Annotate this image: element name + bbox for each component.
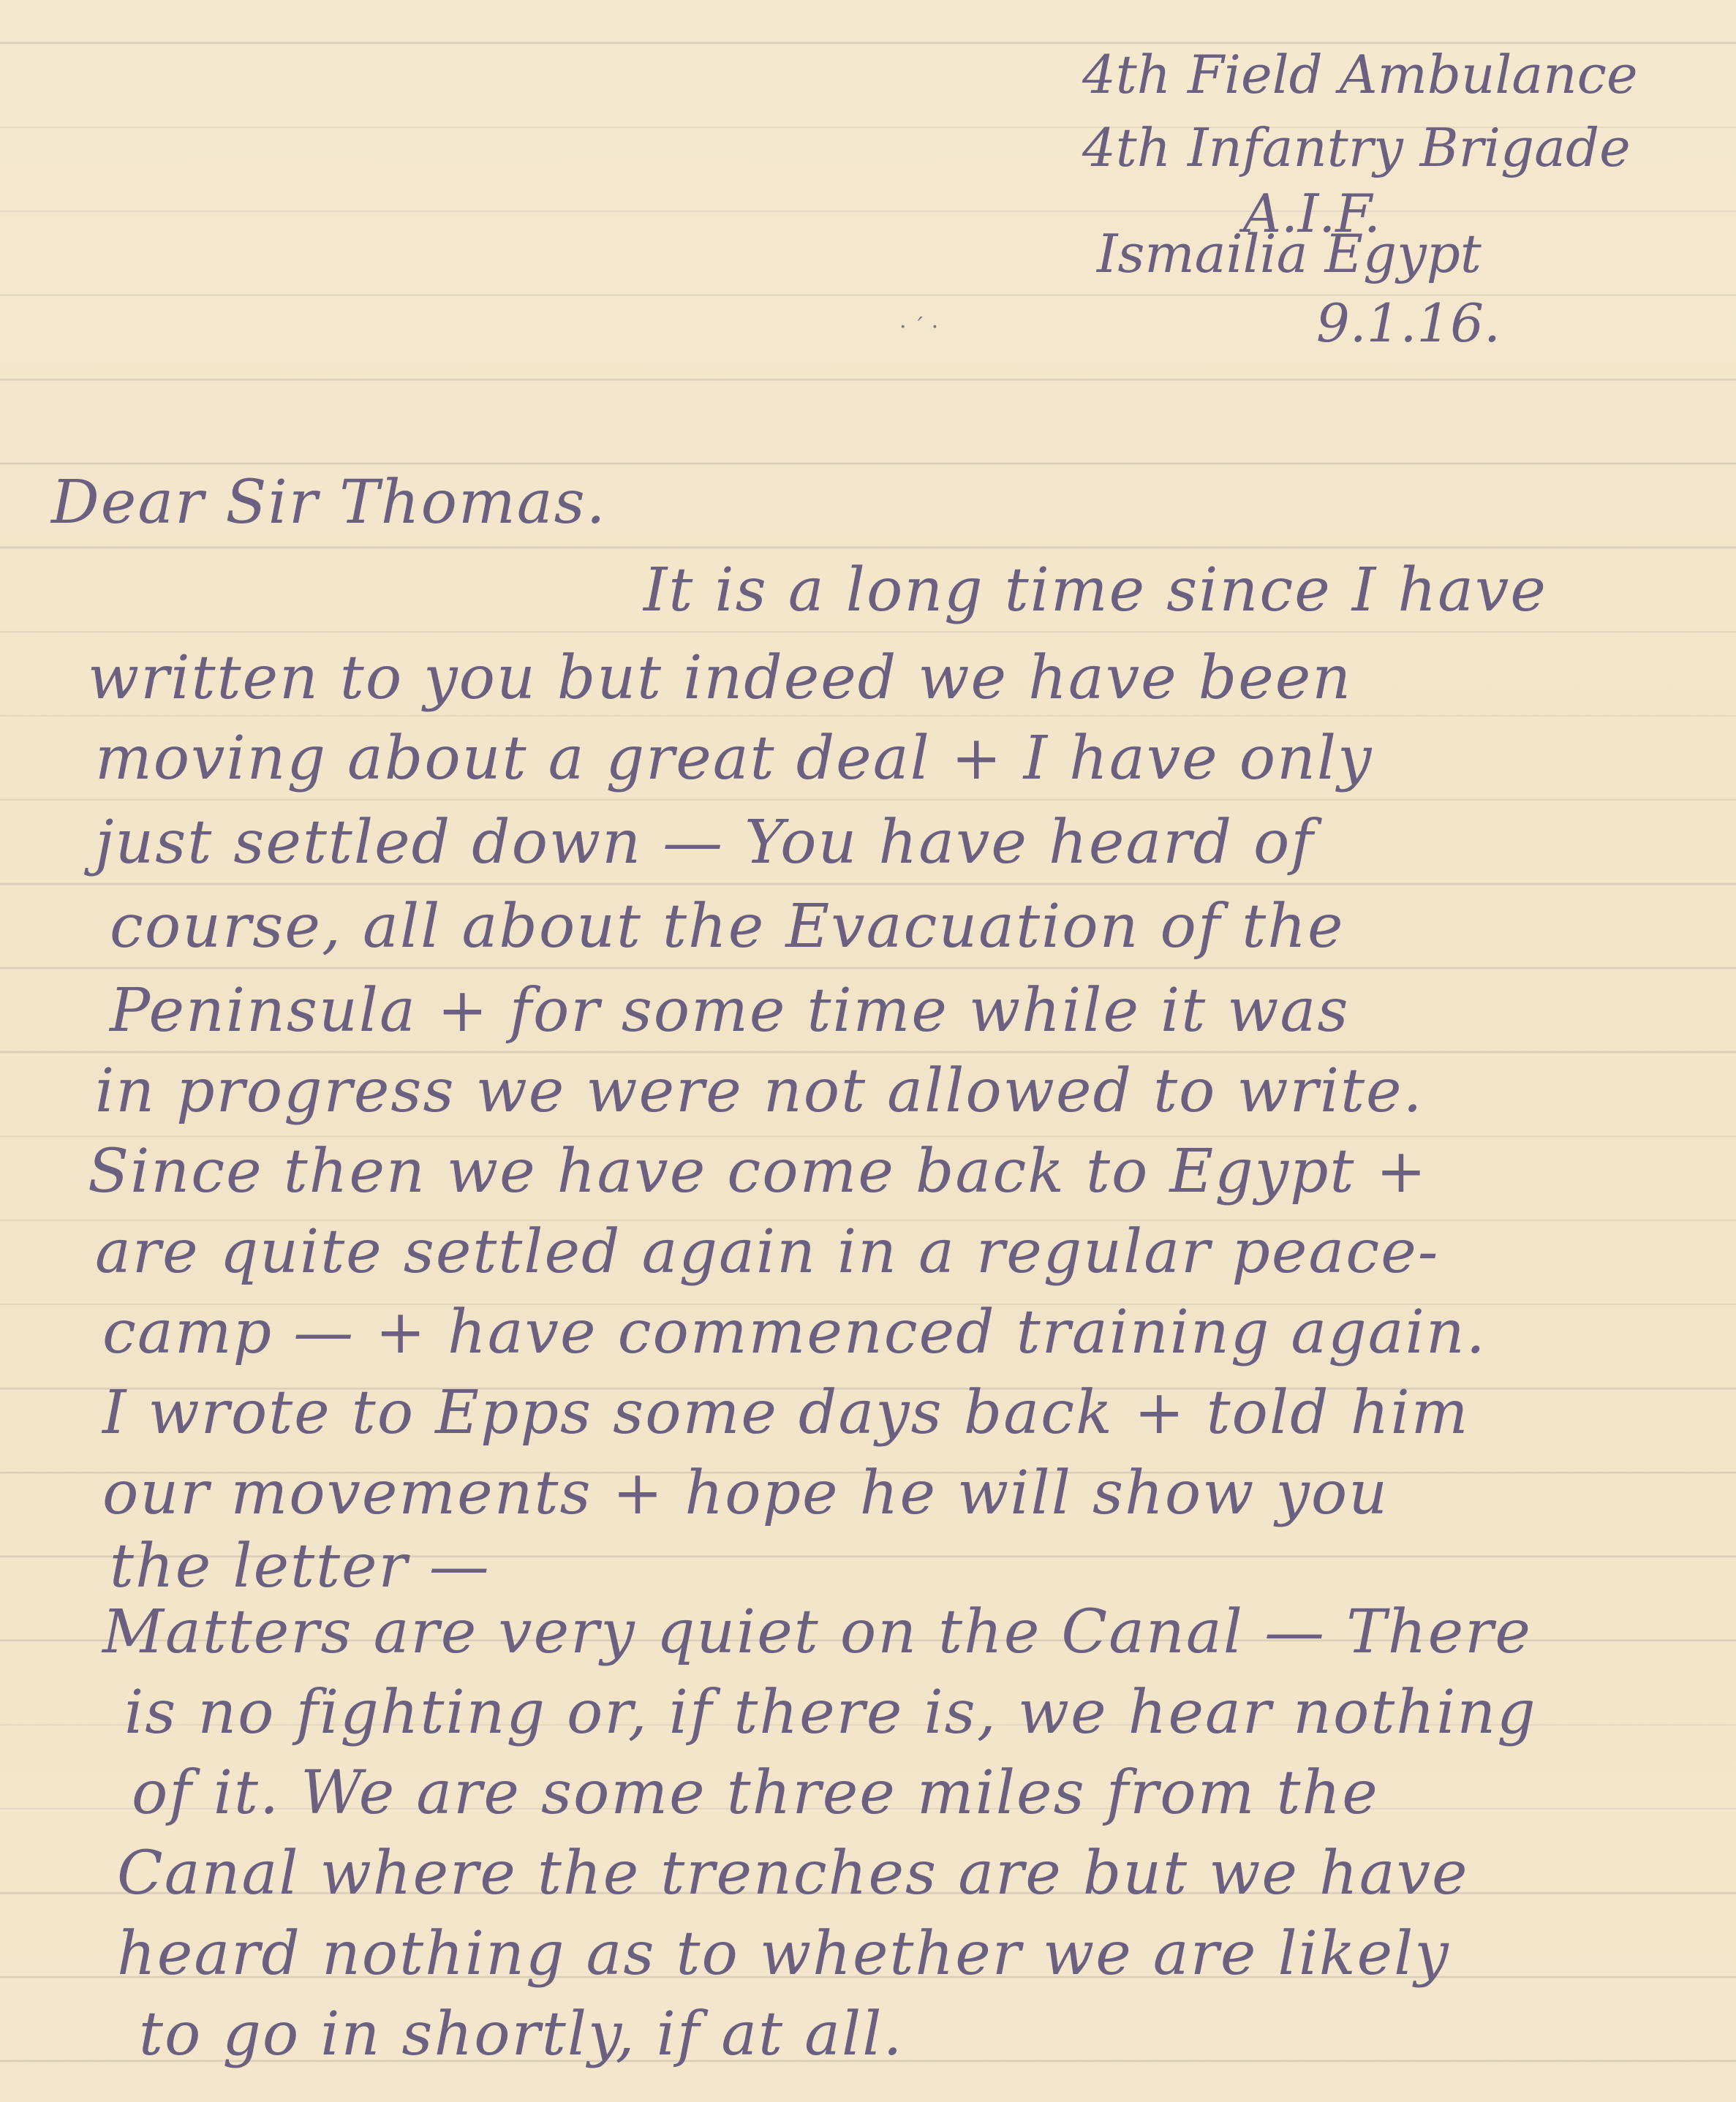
ink-smudge: · ˊ · (899, 314, 938, 340)
header-unit: 4th Field Ambulance (1082, 44, 1638, 105)
letter-line: of it. We are some three miles from the (132, 1758, 1379, 1828)
header-brigade: 4th Infantry Brigade (1082, 117, 1631, 178)
letter-line: Matters are very quiet on the Canal — Th… (102, 1598, 1532, 1667)
letter-line: are quite settled again in a regular pea… (95, 1217, 1439, 1287)
letter-line: is no fighting or, if there is, we hear … (124, 1678, 1537, 1747)
letter-line: our movements + hope he will show you (102, 1459, 1389, 1528)
letter-paper: 4th Field Ambulance 4th Infantry Brigade… (0, 0, 1736, 2102)
letter-line: camp — + have commenced training again. (102, 1298, 1487, 1367)
letter-line: Peninsula + for some time while it was (110, 976, 1349, 1046)
letter-line: the letter — (110, 1532, 491, 1601)
letter-line: in progress we were not allowed to write… (95, 1056, 1424, 1126)
letter-line: course, all about the Evacuation of the (110, 892, 1345, 961)
letter-line: moving about a great deal + I have only (95, 724, 1373, 793)
letter-line: just settled down — You have heard of (95, 808, 1315, 877)
letter-line: I wrote to Epps some days back + told hi… (102, 1378, 1470, 1448)
letter-line: to go in shortly, if at all. (139, 2000, 904, 2069)
header-date: 9.1.16. (1316, 292, 1501, 354)
letter-line: heard nothing as to whether we are likel… (117, 1919, 1450, 1989)
salutation: Dear Sir Thomas. (51, 468, 607, 537)
letter-line: It is a long time since I have (644, 556, 1547, 625)
header-place: Ismailia Egypt (1097, 223, 1482, 284)
letter-line: written to you but indeed we have been (88, 643, 1352, 713)
letter-line: Canal where the trenches are but we have (117, 1839, 1469, 1908)
letter-line: Since then we have come back to Egypt + (88, 1137, 1427, 1206)
